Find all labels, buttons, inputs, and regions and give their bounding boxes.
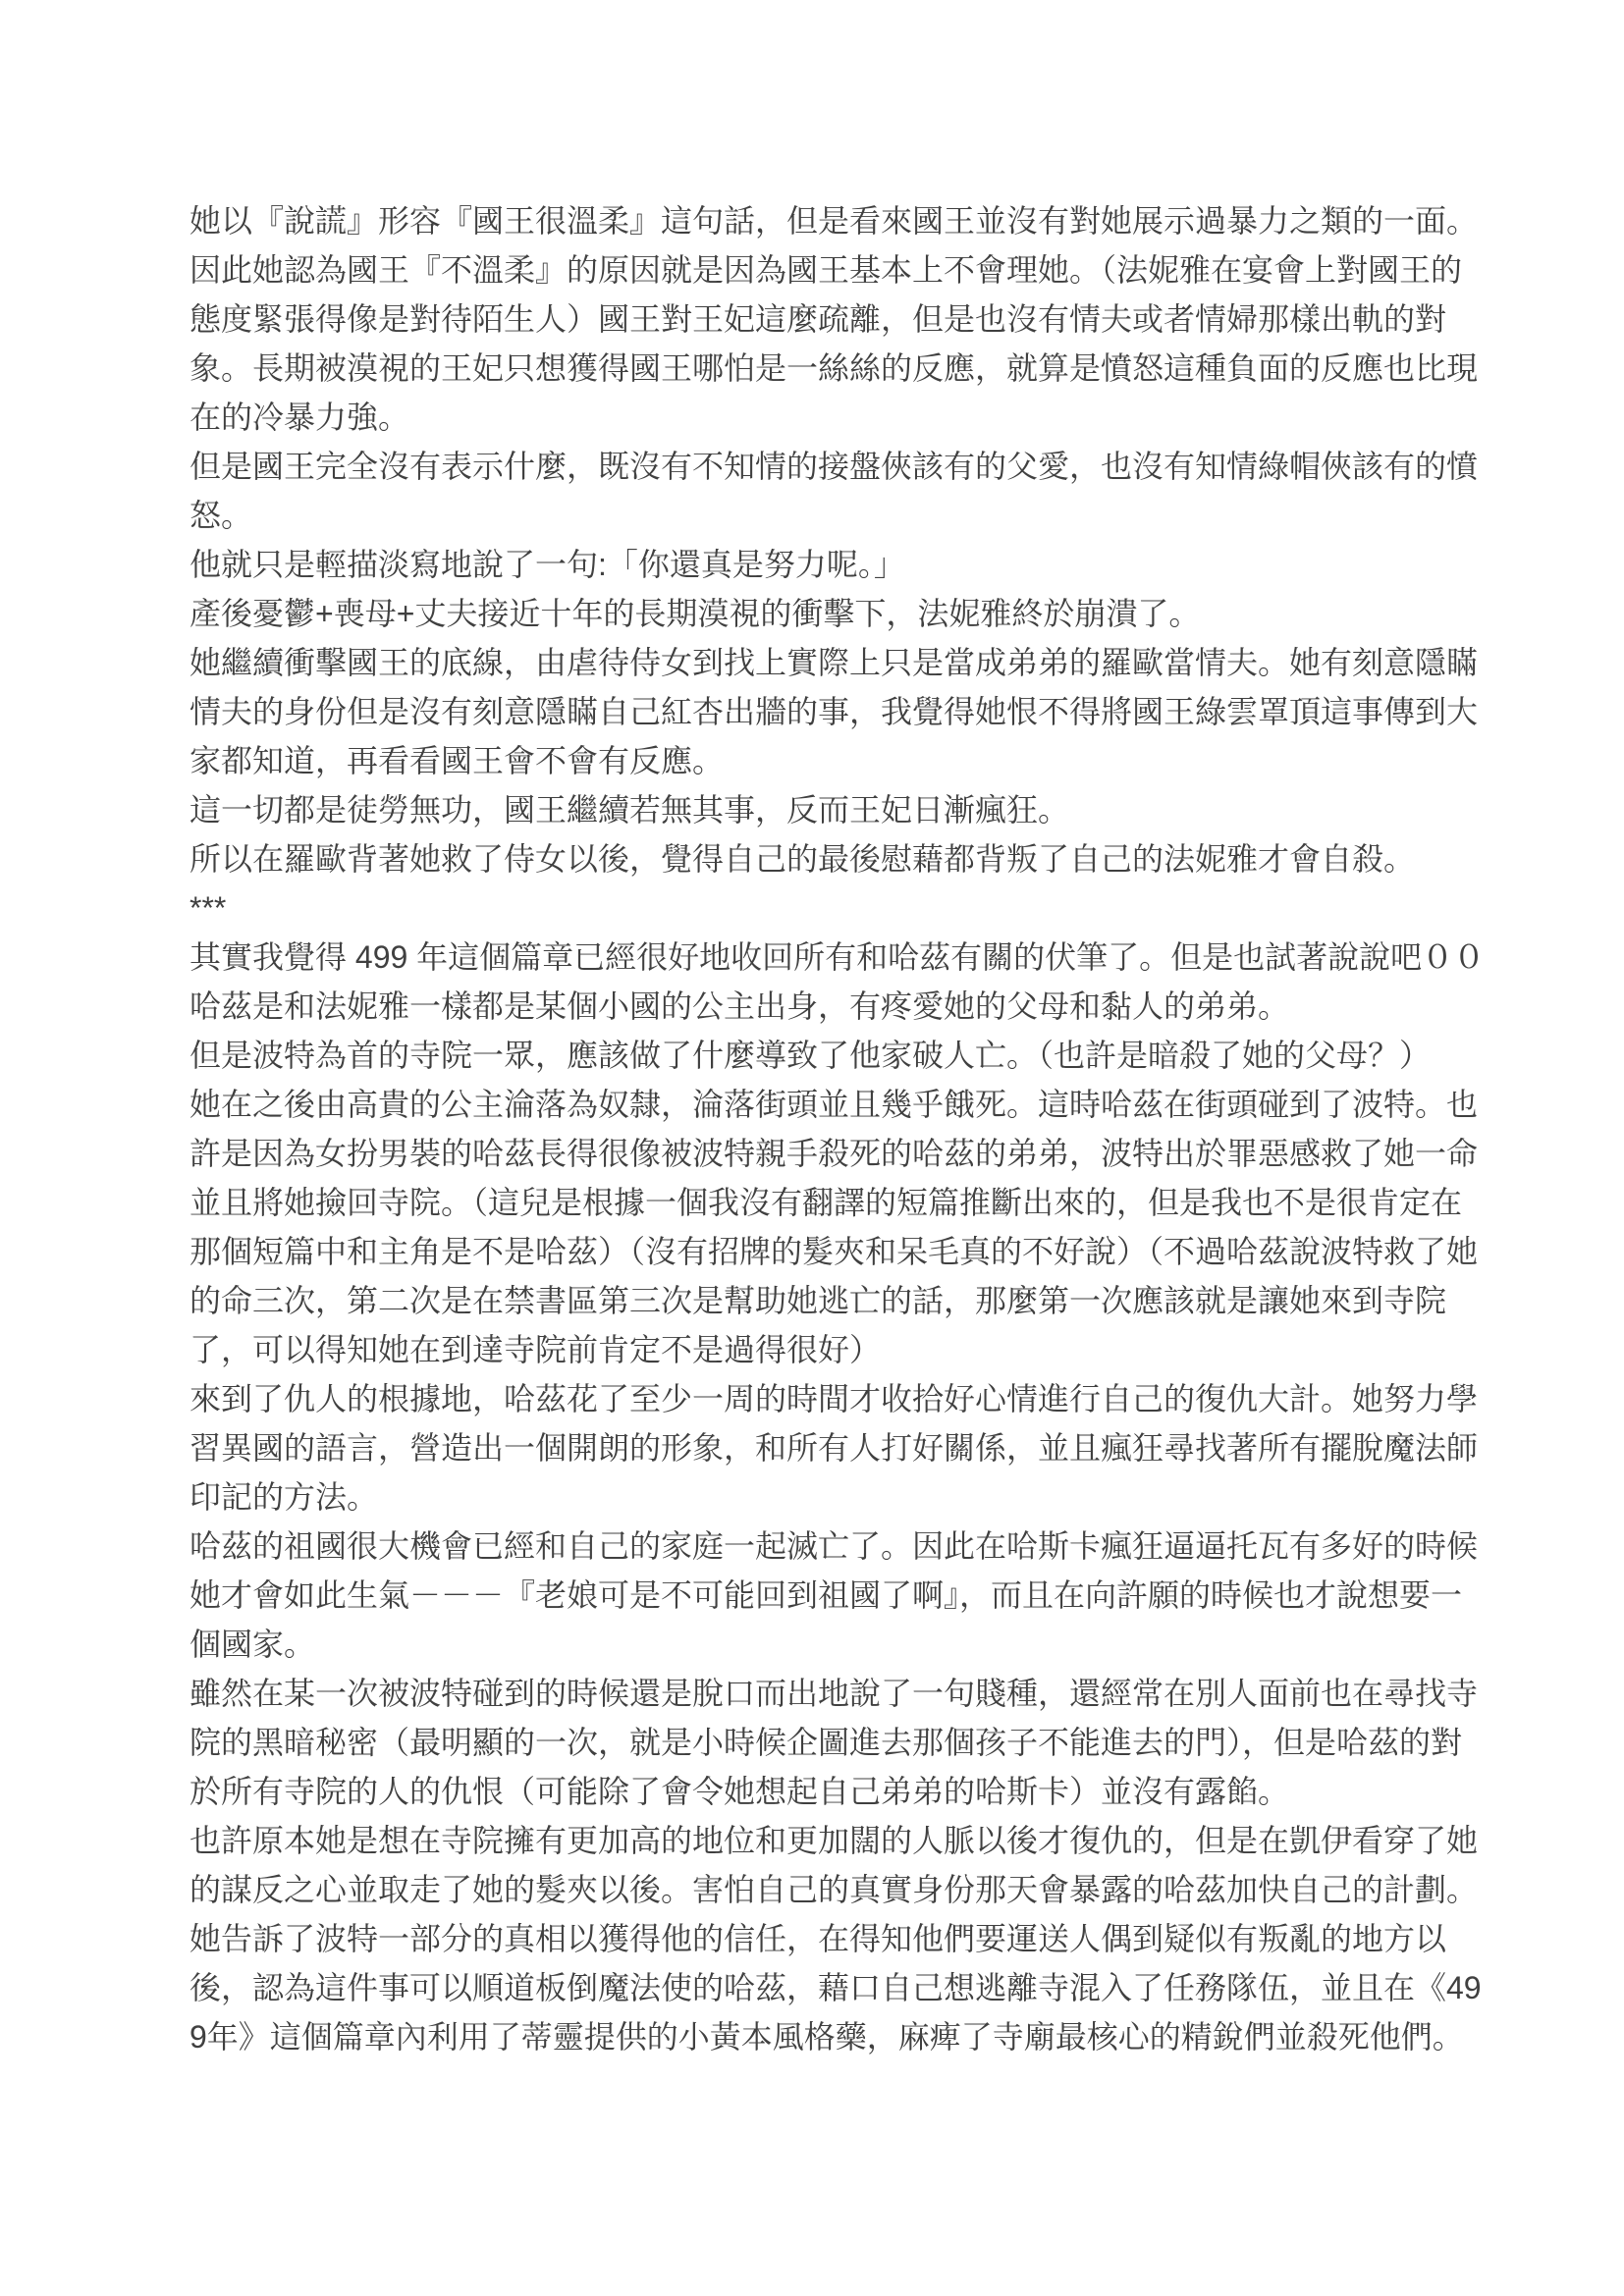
paragraph: 但是波特為首的寺院一眾，應該做了什麼導致了他家破人亡。（也許是暗殺了她的父母？） <box>189 1031 1486 1080</box>
paragraph: 因此她認為國王『不溫柔』的原因就是因為國王基本上不會理她。（法妮雅在宴會上對國王… <box>189 245 1486 442</box>
paragraph: 但是國王完全沒有表示什麼，既沒有不知情的接盤俠該有的父愛，也沒有知情綠帽俠該有的… <box>189 442 1486 540</box>
paragraph: 也許原本她是想在寺院擁有更加高的地位和更加闊的人脈以後才復仇的，但是在凱伊看穿了… <box>189 1816 1486 1914</box>
paragraph: *** <box>189 883 1486 933</box>
paragraph: 她在之後由高貴的公主淪落為奴隸，淪落街頭並且幾乎餓死。這時哈茲在街頭碰到了波特。… <box>189 1080 1486 1374</box>
paragraph: 哈茲是和法妮雅一樣都是某個小國的公主出身，有疼愛她的父母和黏人的弟弟。 <box>189 982 1486 1031</box>
paragraph: 雖然在某一次被波特碰到的時候還是脫口而出地說了一句賤種，還經常在別人面前也在尋找… <box>189 1669 1486 1816</box>
paragraph: 產後憂鬱+喪母+丈夫接近十年的長期漠視的衝擊下，法妮雅終於崩潰了。 <box>189 589 1486 638</box>
paragraph: 來到了仇人的根據地，哈茲花了至少一周的時間才收拾好心情進行自己的復仇大計。她努力… <box>189 1374 1486 1522</box>
paragraph: 其實我覺得 499 年這個篇章已經很好地收回所有和哈茲有關的伏筆了。但是也試著說… <box>189 933 1486 982</box>
paragraph-list: 她以『說謊』形容『國王很溫柔』這句話，但是看來國王並沒有對她展示過暴力之類的一面… <box>189 196 1486 2061</box>
paragraph: 她以『說謊』形容『國王很溫柔』這句話，但是看來國王並沒有對她展示過暴力之類的一面… <box>189 196 1486 245</box>
paragraph: 所以在羅歐背著她救了侍女以後，覺得自己的最後慰藉都背叛了自己的法妮雅才會自殺。 <box>189 834 1486 883</box>
paragraph: 這一切都是徒勞無功，國王繼續若無其事，反而王妃日漸瘋狂。 <box>189 785 1486 834</box>
paragraph: 他就只是輕描淡寫地說了一句:「你還真是努力呢。」 <box>189 540 1486 589</box>
paragraph: 她告訴了波特一部分的真相以獲得他的信任，在得知他們要運送人偶到疑似有叛亂的地方以… <box>189 1914 1486 2061</box>
paragraph: 哈茲的祖國很大機會已經和自己的家庭一起滅亡了。因此在哈斯卡瘋狂逼逼托瓦有多好的時… <box>189 1522 1486 1669</box>
paragraph: 她繼續衝擊國王的底線，由虐待侍女到找上實際上只是當成弟弟的羅歐當情夫。她有刻意隱… <box>189 638 1486 785</box>
document-page: 她以『說謊』形容『國王很溫柔』這句話，但是看來國王並沒有對她展示過暴力之類的一面… <box>0 0 1624 2296</box>
